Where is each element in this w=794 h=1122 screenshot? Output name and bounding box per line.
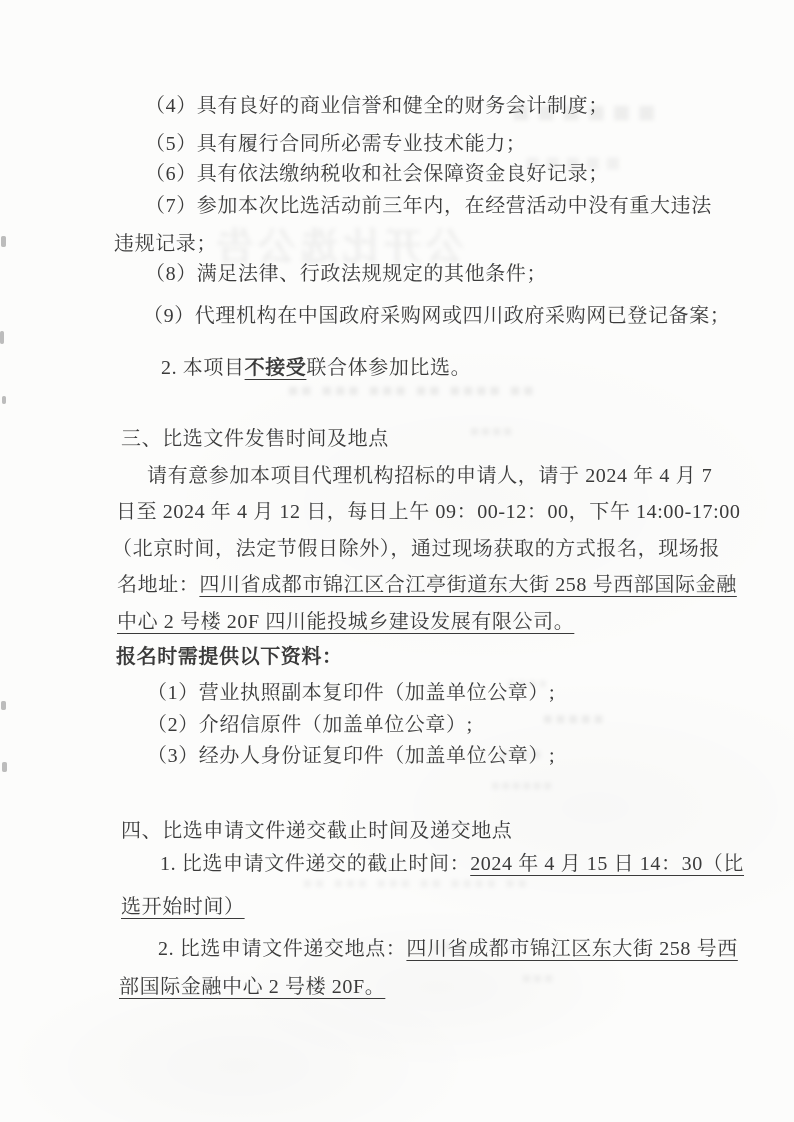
clause-text: 2. 本项目 <box>161 357 245 379</box>
scanned-page: { "page": { "width": 794, "height": 1122… <box>0 0 794 1122</box>
paragraph-line: 请有意参加本项目代理机构招标的申请人，请于 2024 年 4 月 7 <box>147 463 712 489</box>
material-item-1: （1）营业执照副本复印件（加盖单位公章）; <box>147 680 555 706</box>
scan-speck <box>0 331 4 344</box>
material-item-3: （3）经办人身份证复印件（加盖单位公章）; <box>147 743 555 769</box>
heading-text: 报名时需提供以下资料： <box>116 646 343 668</box>
list-item-8: （8）满足法律、行政法规规定的其他条件； <box>145 261 547 287</box>
list-item-text: （9）代理机构在中国政府采购网或四川政府采购网已登记备案； <box>143 305 730 327</box>
list-item-text: （1）营业执照副本复印件（加盖单位公章）; <box>147 682 555 704</box>
list-item-text: （5）具有履行合同所必需专业技术能力； <box>145 133 526 155</box>
bleedthrough-ghost: ■■■■■ <box>540 711 603 729</box>
clause-text: 1. 比选申请文件递交的截止时间： <box>160 853 470 875</box>
materials-heading: 报名时需提供以下资料： <box>116 644 343 670</box>
deadline-datetime: 2024 年 4 月 15 日 14：30（比 <box>470 853 744 875</box>
emphasis-not-accepted: 不接受 <box>245 357 307 379</box>
list-item-6: （6）具有依法缴纳税收和社会保障资金良好记录； <box>145 161 609 187</box>
scan-speck <box>1 236 6 247</box>
list-item-text: （3）经办人身份证复印件（加盖单位公章）; <box>147 745 555 767</box>
section-heading-3: 三、比选文件发售时间及地点 <box>121 426 389 452</box>
clause-no-consortium: 2. 本项目不接受联合体参加比选。 <box>161 355 471 381</box>
paragraph-text: 请有意参加本项目代理机构招标的申请人，请于 2024 年 4 月 7 <box>147 465 712 487</box>
submission-address-line-1: 2. 比选申请文件递交地点：四川省成都市锦江区东大街 258 号西 <box>158 936 738 962</box>
deadline-line-2: 选开始时间） <box>121 894 245 920</box>
submission-address-line-2: 部国际金融中心 2 号楼 20F。 <box>119 974 385 1000</box>
bleedthrough-ghost: ■■ ■■■■ ■■ ■■■ ■■■ ■■ <box>285 381 534 401</box>
scan-speck <box>2 762 7 772</box>
material-item-2: （2）介绍信原件（加盖单位公章）; <box>147 712 473 738</box>
list-item-9: （9）代理机构在中国政府采购网或四川政府采购网已登记备案； <box>143 303 730 329</box>
scan-speck <box>2 396 6 404</box>
scan-speck <box>1 701 6 710</box>
list-item-text: （6）具有依法缴纳税收和社会保障资金良好记录； <box>145 163 609 185</box>
list-item-5: （5）具有履行合同所必需专业技术能力； <box>145 131 526 157</box>
paragraph-line: （北京时间，法定节假日除外），通过现场获取的方式报名，现场报 <box>112 536 720 562</box>
paragraph-line: 日至 2024 年 4 月 12 日，每日上午 09：00-12：00，下午 1… <box>116 499 740 525</box>
list-item-7-line-2: 违规记录； <box>114 231 217 257</box>
paragraph-line-address: 名地址：四川省成都市锦江区合江亭街道东大街 258 号西部国际金融 <box>117 572 737 598</box>
submission-address: 四川省成都市锦江区东大街 258 号西 <box>406 938 737 960</box>
list-item-7-line-1: （7）参加本次比选活动前三年内，在经营活动中没有重大违法 <box>145 193 712 219</box>
list-item-4: （4）具有良好的商业信誉和健全的财务会计制度； <box>145 93 609 119</box>
paragraph-text: 名地址： <box>117 574 199 596</box>
list-item-text: （4）具有良好的商业信誉和健全的财务会计制度； <box>145 95 609 117</box>
clause-text: 联合体参加比选。 <box>306 357 471 379</box>
heading-text: 四、比选申请文件递交截止时间及递交地点 <box>121 820 512 842</box>
paragraph-text: 日至 2024 年 4 月 12 日，每日上午 09：00-12：00，下午 1… <box>116 501 740 523</box>
paragraph-line-address: 中心 2 号楼 20F 四川能投城乡建设发展有限公司。 <box>117 609 574 635</box>
paragraph-text: （北京时间，法定节假日除外），通过现场获取的方式报名，现场报 <box>112 538 720 560</box>
registration-address: 四川省成都市锦江区合江亭街道东大街 258 号西部国际金融 <box>199 574 736 596</box>
deadline-datetime: 选开始时间） <box>121 896 245 918</box>
list-item-text: （8）满足法律、行政法规规定的其他条件； <box>145 263 547 285</box>
submission-address: 部国际金融中心 2 号楼 20F。 <box>119 976 385 998</box>
bleedthrough-ghost: ■■■■ <box>468 424 512 441</box>
list-item-text: 违规记录； <box>114 233 217 255</box>
clause-text: 2. 比选申请文件递交地点： <box>158 938 406 960</box>
deadline-line-1: 1. 比选申请文件递交的截止时间：2024 年 4 月 15 日 14：30（比 <box>160 851 744 877</box>
bleedthrough-ghost: ■■■■■■ <box>489 779 552 795</box>
registration-address: 中心 2 号楼 20F 四川能投城乡建设发展有限公司。 <box>117 611 574 633</box>
heading-text: 三、比选文件发售时间及地点 <box>121 428 389 450</box>
list-item-text: （2）介绍信原件（加盖单位公章）; <box>147 714 473 736</box>
bleedthrough-ghost: ■■■ <box>520 971 553 988</box>
list-item-text: （7）参加本次比选活动前三年内，在经营活动中没有重大违法 <box>145 195 712 217</box>
section-heading-4: 四、比选申请文件递交截止时间及递交地点 <box>121 818 512 844</box>
bleedthrough-ghost: ■■ ■■■■ ■■ ■■■ ■■■ ■■ <box>300 876 527 893</box>
